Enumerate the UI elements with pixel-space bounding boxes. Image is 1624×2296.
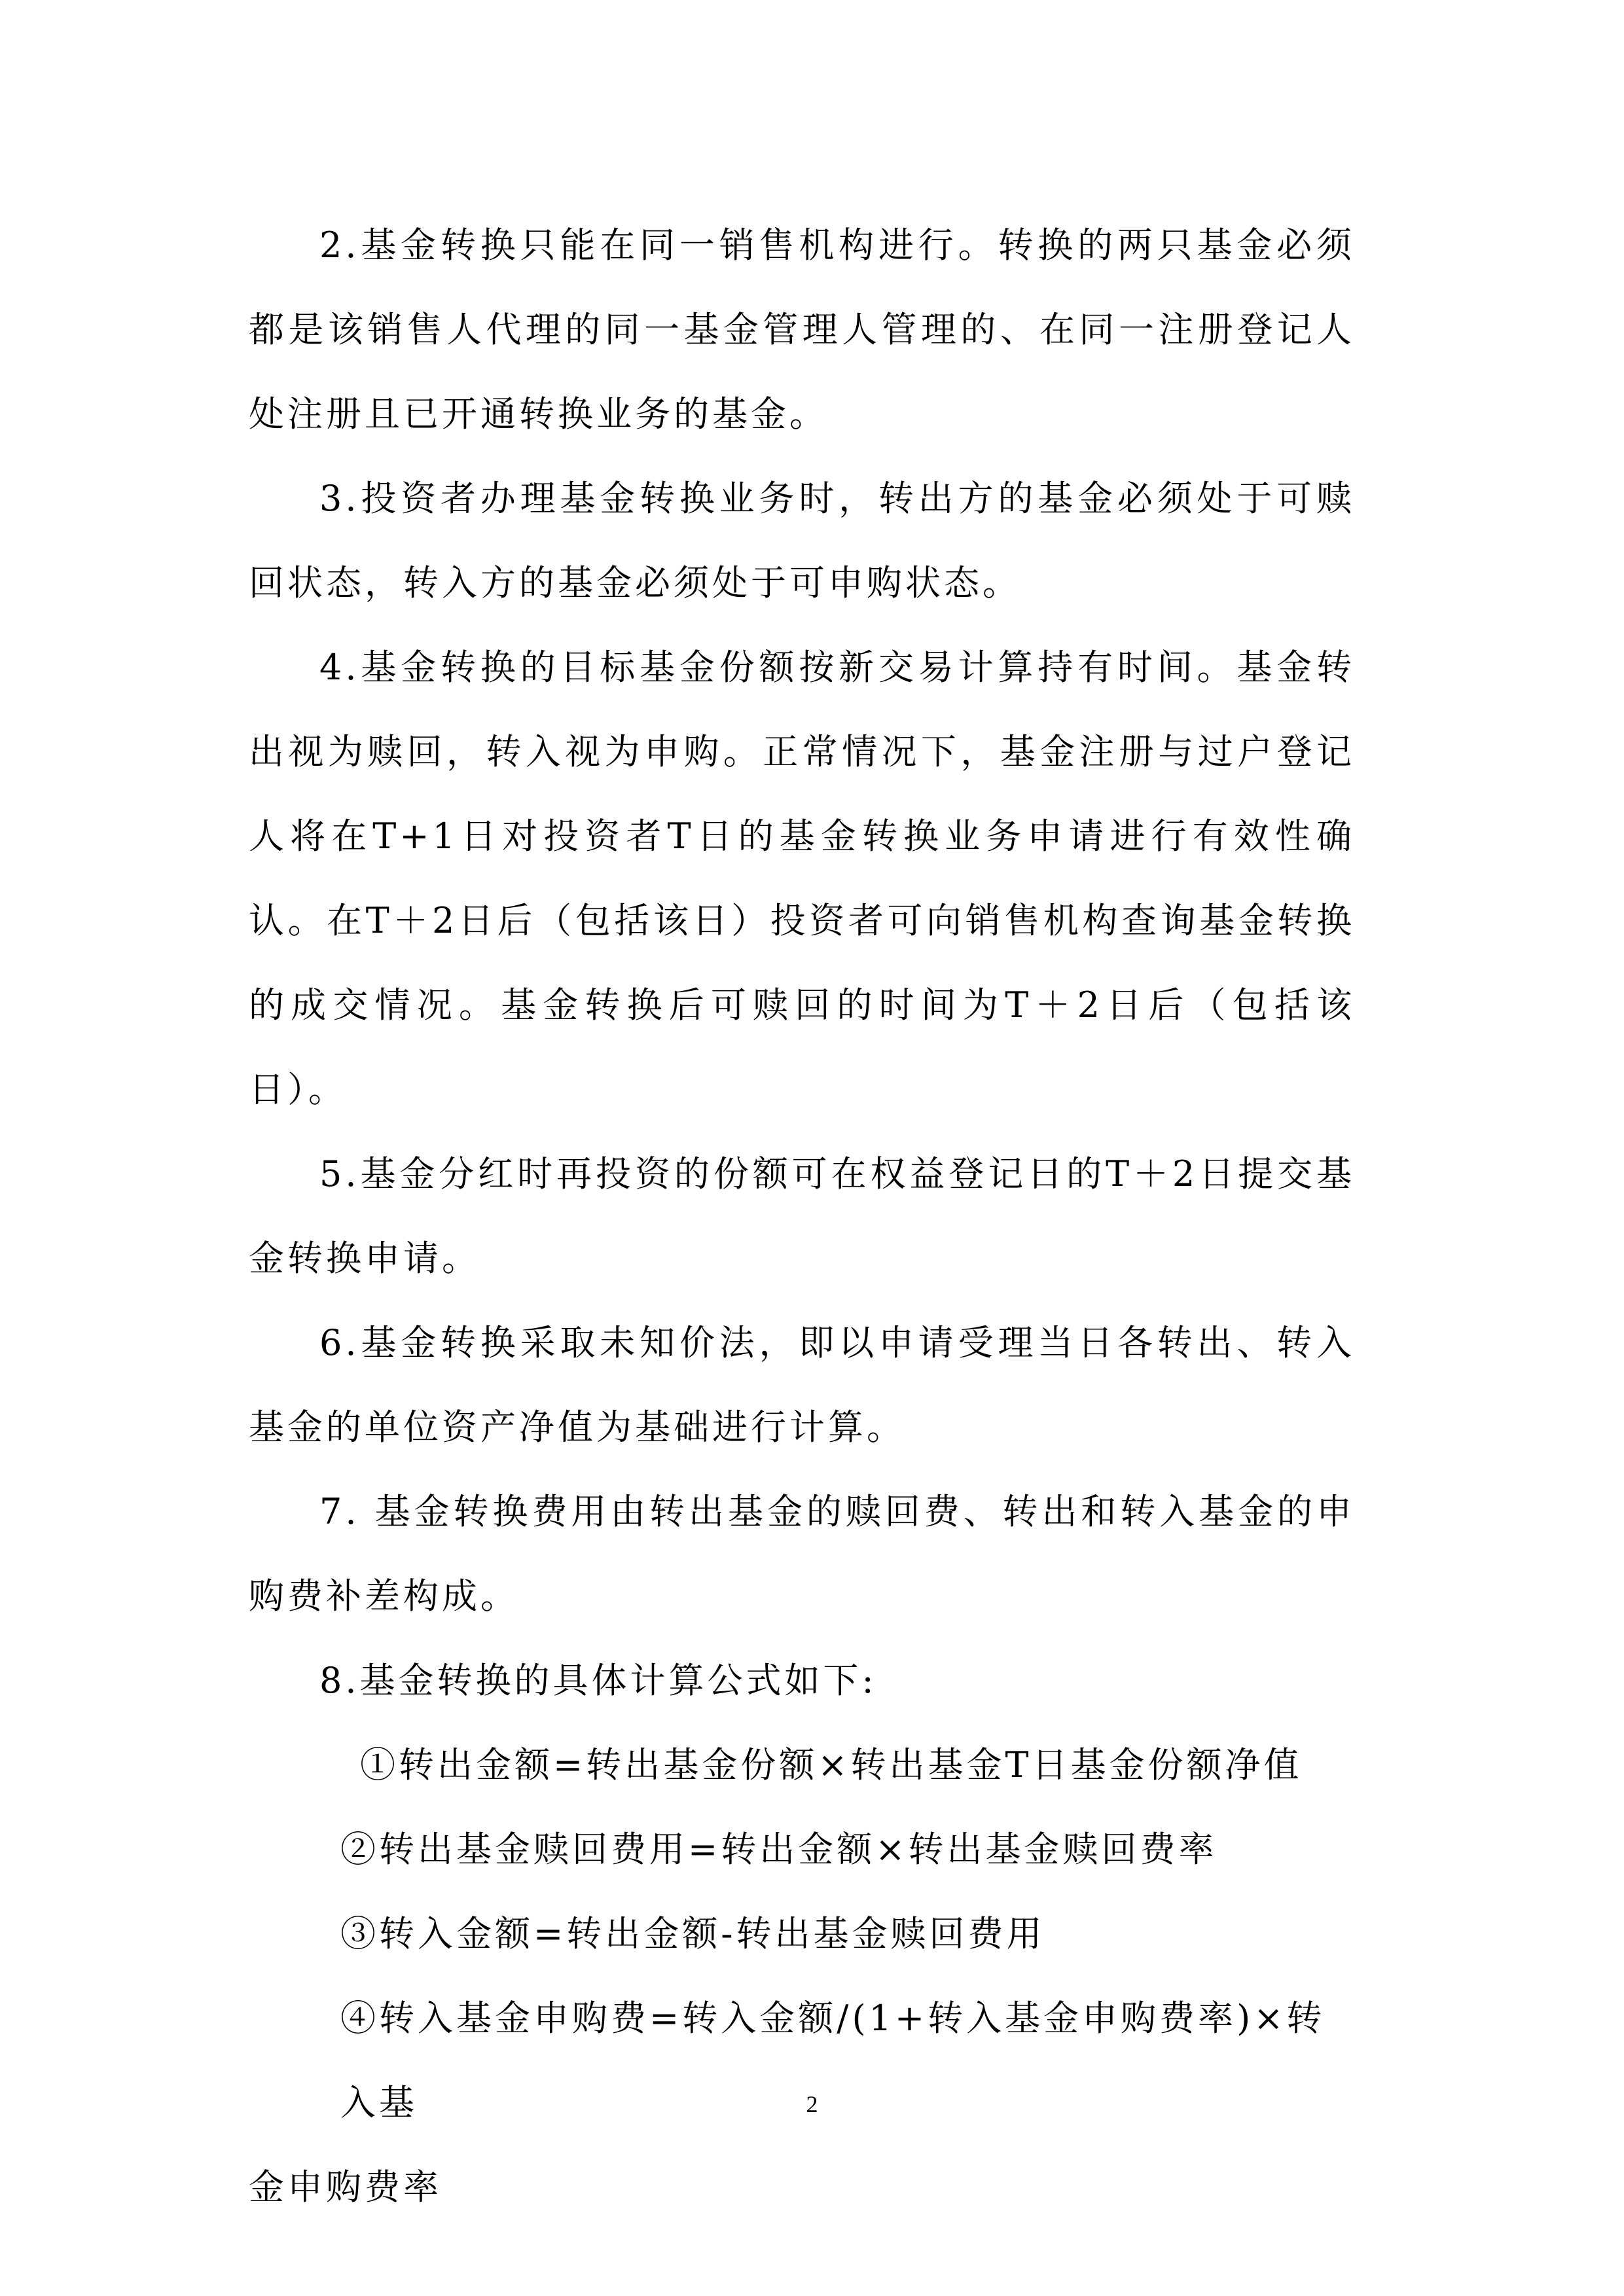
formula-text: 转出基金赎回费用=转出金额×转出基金赎回费率 bbox=[379, 1829, 1218, 1870]
formula-1: ①转出金额=转出基金份额×转出基金T日基金份额净值 bbox=[249, 1723, 1355, 1807]
paragraph-text: 基金转换的目标基金份额按新交易计算持有时间。基金转出视为赎回，转入视为申购。正常… bbox=[249, 647, 1355, 1110]
paragraph-text: 基金转换费用由转出基金的赎回费、转出和转入基金的申购费补差构成。 bbox=[249, 1491, 1355, 1617]
formula-text-line2: 金申购费率 bbox=[249, 2145, 1355, 2229]
paragraph-2: 2.基金转换只能在同一销售机构进行。转换的两只基金必须都是该销售人代理的同一基金… bbox=[249, 203, 1355, 456]
paragraph-number: 3. bbox=[319, 478, 360, 519]
paragraph-text: 基金转换的具体计算公式如下: bbox=[360, 1660, 877, 1701]
paragraph-8: 8.基金转换的具体计算公式如下: bbox=[249, 1638, 1355, 1723]
paragraph-4: 4.基金转换的目标基金份额按新交易计算持有时间。基金转出视为赎回，转入视为申购。… bbox=[249, 625, 1355, 1132]
circled-number-marker: ② bbox=[340, 1829, 379, 1870]
paragraph-text: 基金分红时再投资的份额可在权益登记日的T＋2日提交基金转换申请。 bbox=[249, 1153, 1355, 1279]
formula-3: ③转入金额=转出金额-转出基金赎回费用 bbox=[249, 1892, 1355, 1976]
page-number: 2 bbox=[0, 2091, 1624, 2117]
circled-number-marker: ④ bbox=[340, 1998, 379, 2039]
paragraph-number: 4. bbox=[319, 647, 360, 688]
paragraph-number: 6. bbox=[319, 1322, 360, 1363]
formula-text: 转出金额=转出基金份额×转出基金T日基金份额净值 bbox=[399, 1744, 1303, 1785]
formula-text: 转入金额=转出金额-转出基金赎回费用 bbox=[379, 1913, 1045, 1954]
circled-number-marker: ③ bbox=[340, 1913, 379, 1954]
paragraph-text: 基金转换采取未知价法，即以申请受理当日各转出、转入基金的单位资产净值为基础进行计… bbox=[249, 1322, 1355, 1448]
document-page: 2.基金转换只能在同一销售机构进行。转换的两只基金必须都是该销售人代理的同一基金… bbox=[249, 203, 1355, 2229]
paragraph-number: 2. bbox=[319, 224, 360, 266]
paragraph-7: 7. 基金转换费用由转出基金的赎回费、转出和转入基金的申购费补差构成。 bbox=[249, 1469, 1355, 1638]
paragraph-text: 基金转换只能在同一销售机构进行。转换的两只基金必须都是该销售人代理的同一基金管理… bbox=[249, 224, 1355, 435]
paragraph-number: 7. bbox=[319, 1491, 375, 1532]
paragraph-6: 6.基金转换采取未知价法，即以申请受理当日各转出、转入基金的单位资产净值为基础进… bbox=[249, 1300, 1355, 1469]
paragraph-text: 投资者办理基金转换业务时，转出方的基金必须处于可赎回状态，转入方的基金必须处于可… bbox=[249, 478, 1355, 603]
circled-number-marker: ① bbox=[360, 1744, 399, 1785]
paragraph-number: 8. bbox=[319, 1660, 360, 1701]
paragraph-5: 5.基金分红时再投资的份额可在权益登记日的T＋2日提交基金转换申请。 bbox=[249, 1132, 1355, 1300]
formula-2: ②转出基金赎回费用=转出金额×转出基金赎回费率 bbox=[249, 1807, 1355, 1892]
paragraph-number: 5. bbox=[319, 1153, 360, 1194]
paragraph-3: 3.投资者办理基金转换业务时，转出方的基金必须处于可赎回状态，转入方的基金必须处… bbox=[249, 456, 1355, 625]
